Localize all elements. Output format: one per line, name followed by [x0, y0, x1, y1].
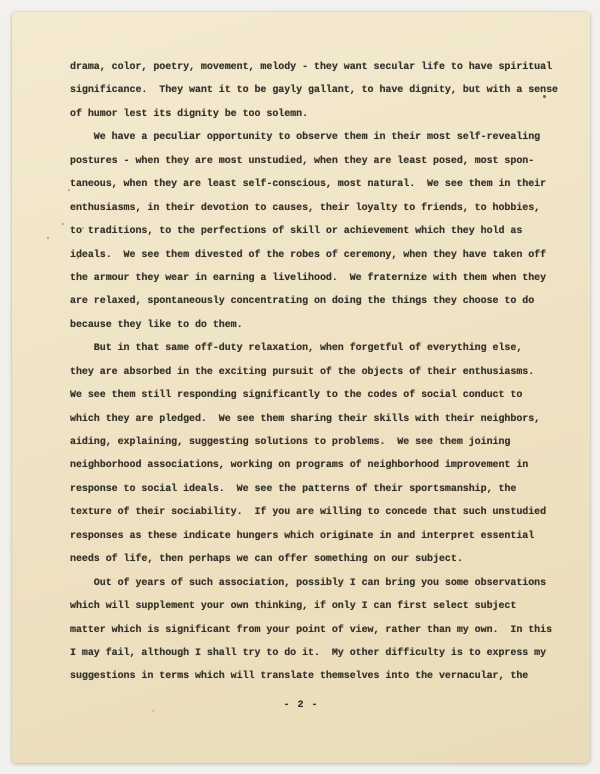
text-line: which they are pledged. We see them shar…	[70, 408, 570, 431]
text-line: responses as these indicate hungers whic…	[70, 525, 570, 548]
paper-speckle	[68, 189, 70, 191]
text-line: We have a peculiar opportunity to observ…	[70, 126, 570, 149]
text-line: because they like to do them.	[70, 314, 570, 337]
text-line: taneous, when they are least self-consci…	[70, 173, 570, 196]
text-line: they are absorbed in the exciting pursui…	[70, 361, 570, 384]
text-line: needs of life, then perhaps we can offer…	[70, 548, 570, 571]
paper-speckle	[62, 223, 64, 225]
paper-speckle	[82, 227, 84, 229]
text-line: enthusiasms, in their devotion to causes…	[70, 197, 570, 220]
scan-background: drama, color, poetry, movement, melody -…	[0, 0, 600, 774]
text-line: to traditions, to the perfections of ski…	[70, 220, 570, 243]
text-line: But in that same off-duty relaxation, wh…	[70, 337, 570, 360]
text-line: I may fail, although I shall try to do i…	[70, 642, 570, 665]
text-line: are relaxed, spontaneously concentrating…	[70, 290, 570, 313]
typewritten-text-block: drama, color, poetry, movement, melody -…	[70, 56, 570, 689]
paper-speckle	[152, 710, 154, 712]
text-line: significance. They want it to be gayly g…	[70, 79, 570, 102]
text-line: neighborhood associations, working on pr…	[70, 454, 570, 477]
paper-speckle	[77, 257, 79, 259]
page-number: - 2 -	[12, 700, 590, 711]
document-page: drama, color, poetry, movement, melody -…	[12, 12, 590, 763]
text-line: We see them still responding significant…	[70, 384, 570, 407]
text-line: ideals. We see them divested of the robe…	[70, 244, 570, 267]
text-line: matter which is significant from your po…	[70, 619, 570, 642]
text-line: the armour they wear in earning a liveli…	[70, 267, 570, 290]
text-line: texture of their sociability. If you are…	[70, 501, 570, 524]
paper-speckle	[543, 95, 546, 98]
text-line: Out of years of such association, possib…	[70, 572, 570, 595]
paper-speckle	[47, 237, 49, 239]
text-line: aiding, explaining, suggesting solutions…	[70, 431, 570, 454]
text-line: drama, color, poetry, movement, melody -…	[70, 56, 570, 79]
text-line: postures - when they are most unstudied,…	[70, 150, 570, 173]
text-line: response to social ideals. We see the pa…	[70, 478, 570, 501]
text-line: suggestions in terms which will translat…	[70, 665, 570, 688]
text-line: of humor lest its dignity be too solemn.	[70, 103, 570, 126]
text-line: which will supplement your own thinking,…	[70, 595, 570, 618]
